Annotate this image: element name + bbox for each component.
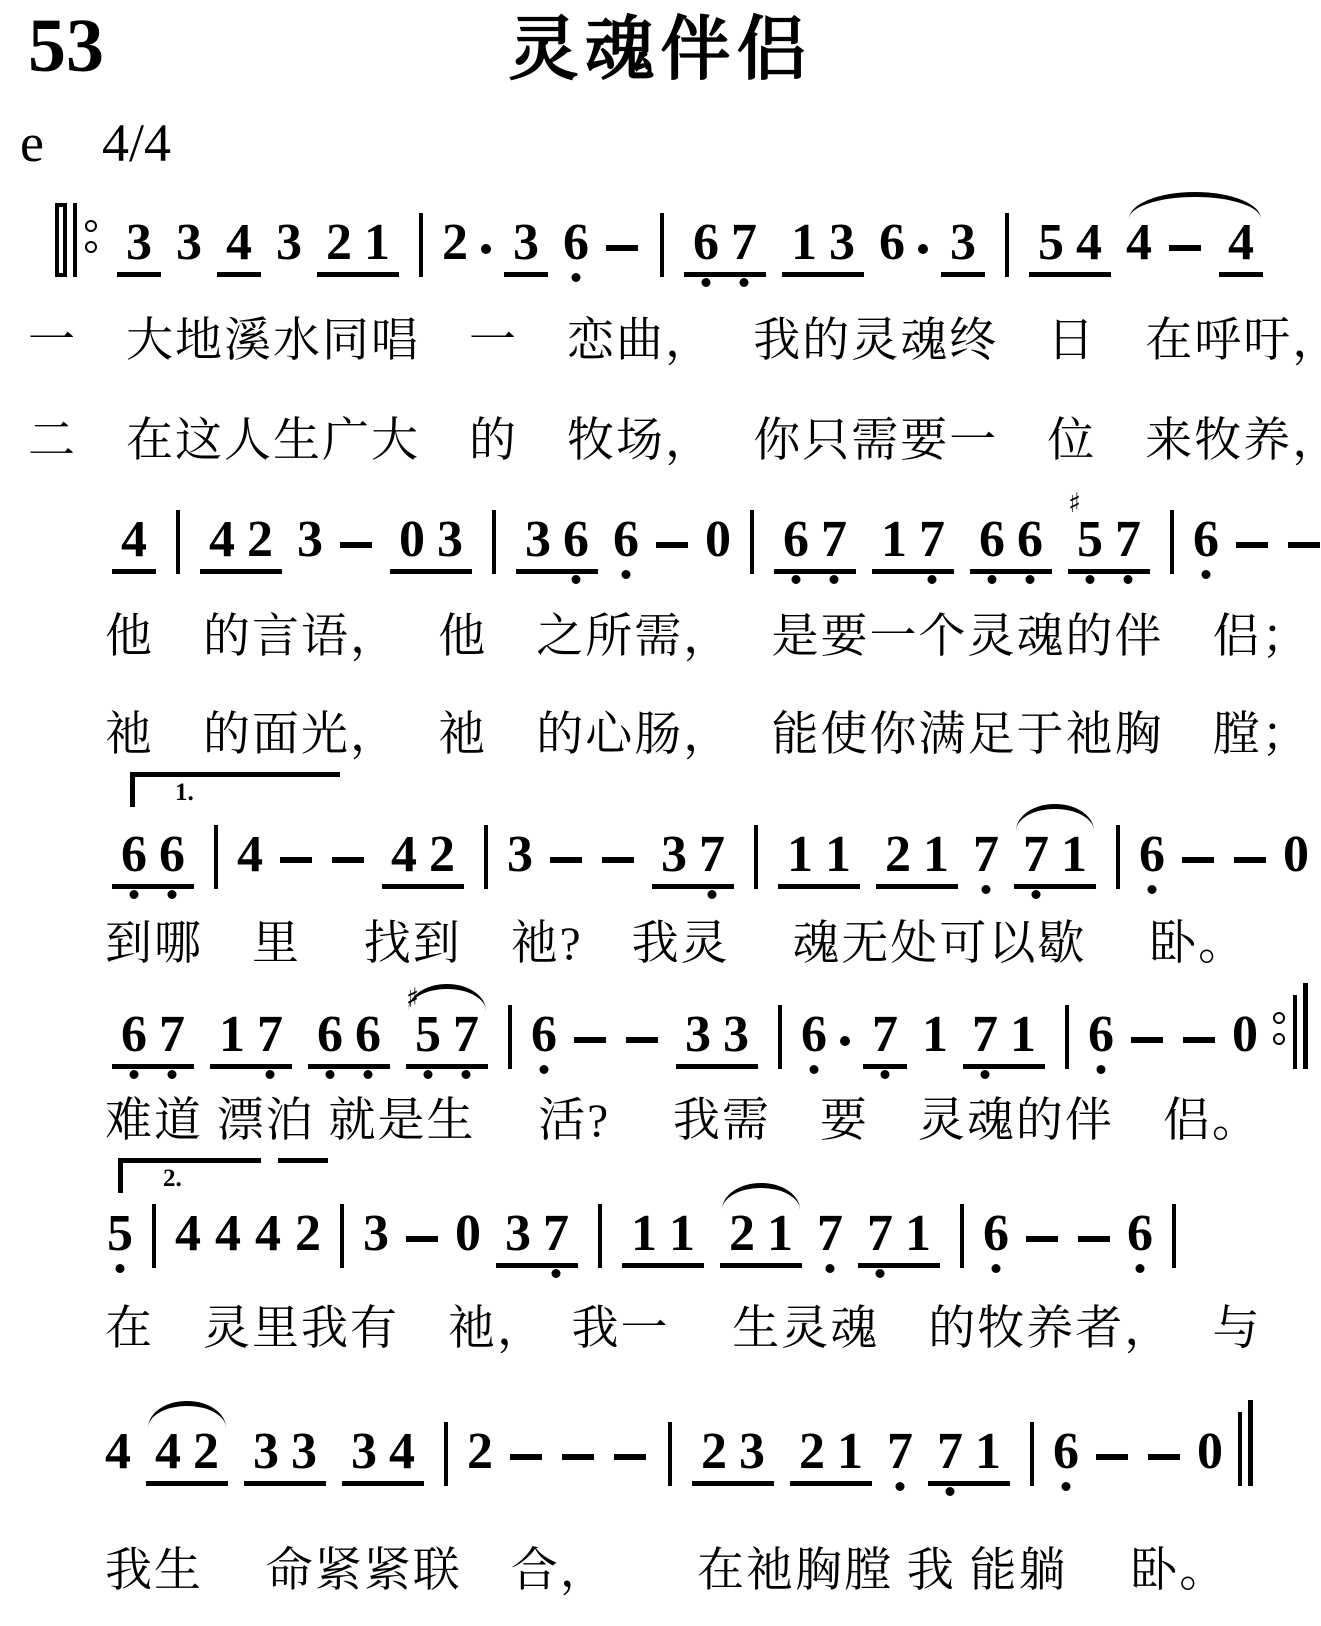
note-4: 4 bbox=[391, 829, 417, 881]
duration-dash bbox=[550, 857, 582, 863]
note-6: 6 bbox=[563, 217, 589, 269]
note-7: 7 bbox=[817, 1208, 843, 1260]
note-1: 1 bbox=[1010, 1009, 1036, 1061]
note-7: 7 bbox=[972, 1009, 998, 1061]
note-3: 3 bbox=[437, 514, 463, 566]
eighth-note-beam: 67 bbox=[112, 1009, 194, 1069]
hymn-sheet-page: 53 灵魂伴侣 e 4/4 3343212366713635444 一 大地溪水… bbox=[0, 0, 1321, 1626]
duration-dash bbox=[656, 542, 688, 548]
eighth-note-beam: 4 bbox=[1219, 217, 1263, 277]
note-3: 3 bbox=[126, 217, 152, 269]
eighth-note-beam: 21 bbox=[790, 1426, 872, 1486]
note-6: 6 bbox=[355, 1009, 381, 1061]
tie-group: 21 bbox=[712, 1208, 810, 1268]
barline bbox=[1065, 1005, 1069, 1069]
lyric-line-5: 在 灵里我有 祂， 我一 生灵魂 的牧养者， 与 bbox=[105, 1300, 1262, 1359]
note-5: 5 bbox=[1038, 217, 1064, 269]
note-6: 6 bbox=[983, 1208, 1009, 1260]
barline bbox=[176, 510, 180, 574]
note-5: 5 bbox=[107, 1208, 133, 1260]
note-2: 2 bbox=[729, 1208, 755, 1260]
duration-dash bbox=[602, 857, 634, 863]
repeat-bar bbox=[1303, 983, 1308, 1069]
eighth-note-beam: 66 bbox=[308, 1009, 390, 1069]
barline bbox=[750, 510, 754, 574]
note-6: 6 bbox=[1017, 514, 1043, 566]
note-2: 2 bbox=[467, 1426, 493, 1478]
note-7: 7 bbox=[699, 829, 725, 881]
duration-dash bbox=[280, 857, 312, 863]
lyric-line-verse2-b: 祂 的面光， 祂 的心肠， 能使你满足于祂胸 膛； bbox=[105, 706, 1311, 765]
lyric-line-4: 难道 漂泊 就是生 活? 我需 要 灵魂的伴 侣。 bbox=[105, 1092, 1261, 1151]
note-7: 7 bbox=[159, 1009, 185, 1061]
notation-line-5: 544423037112177166 bbox=[100, 1194, 1188, 1268]
sharp-icon: ♯ bbox=[406, 985, 419, 1012]
hymn-title: 灵魂伴侣 bbox=[0, 16, 1321, 86]
barline bbox=[508, 1005, 512, 1069]
tie-group: 44 bbox=[1119, 217, 1271, 277]
repeat-start-sign bbox=[55, 203, 97, 277]
note-4: 4 bbox=[237, 829, 263, 881]
note-4: 4 bbox=[226, 217, 252, 269]
duration-dash bbox=[574, 1037, 606, 1043]
repeat-dot bbox=[85, 220, 97, 232]
note-1: 1 bbox=[364, 217, 390, 269]
duration-dash bbox=[606, 245, 638, 251]
barline bbox=[754, 825, 758, 889]
note-6: 6 bbox=[1127, 1208, 1153, 1260]
note-0: 0 bbox=[1232, 1009, 1258, 1061]
note-3: 3 bbox=[351, 1426, 377, 1478]
eighth-note-beam: 33 bbox=[676, 1009, 758, 1069]
repeat-bar bbox=[55, 203, 67, 277]
note-6: 6 bbox=[159, 829, 185, 881]
duration-dash bbox=[1236, 542, 1268, 548]
eighth-note-beam: 21 bbox=[317, 217, 399, 277]
note-4: 4 bbox=[105, 1426, 131, 1478]
note-6: 6 bbox=[783, 514, 809, 566]
tie-group: ♯57 bbox=[398, 1009, 496, 1069]
eighth-note-beam: 21 bbox=[876, 829, 958, 889]
eighth-note-beam: 37 bbox=[652, 829, 734, 889]
duration-dash bbox=[562, 1454, 594, 1460]
notation-line-2: 4423033660671766♯576 bbox=[104, 500, 1321, 574]
note-2: 2 bbox=[799, 1426, 825, 1478]
note-7: 7 bbox=[973, 829, 999, 881]
duration-dash bbox=[406, 1236, 438, 1242]
note-1: 1 bbox=[631, 1208, 657, 1260]
note-2: 2 bbox=[326, 217, 352, 269]
barline bbox=[492, 510, 496, 574]
eighth-note-beam: 54 bbox=[1029, 217, 1111, 277]
eighth-note-beam: 17 bbox=[872, 514, 954, 574]
eighth-note-beam: 66 bbox=[112, 829, 194, 889]
note-4: 4 bbox=[215, 1208, 241, 1260]
barline bbox=[960, 1204, 964, 1268]
note-0: 0 bbox=[705, 514, 731, 566]
repeat-dot bbox=[1273, 1012, 1285, 1024]
eighth-note-beam: 33 bbox=[244, 1426, 326, 1486]
repeat-dot bbox=[85, 241, 97, 253]
note-6: 6 bbox=[979, 514, 1005, 566]
eighth-note-beam: 7 bbox=[863, 1009, 907, 1069]
note-6: 6 bbox=[801, 1009, 827, 1061]
barline bbox=[340, 1204, 344, 1268]
duration-dash bbox=[1131, 1037, 1163, 1043]
note-6: 6 bbox=[121, 1009, 147, 1061]
note-1: 1 bbox=[669, 1208, 695, 1260]
note-4: 4 bbox=[255, 1208, 281, 1260]
second-ending-bracket: 2. bbox=[118, 1158, 261, 1193]
key-and-meter: e 4/4 bbox=[20, 116, 171, 170]
eighth-note-beam: 21 bbox=[720, 1208, 802, 1268]
eighth-note-beam: 71 bbox=[858, 1208, 940, 1268]
note-1: 1 bbox=[219, 1009, 245, 1061]
lyric-line-6: 我生 命紧紧联 合， 在祂胸膛 我 能躺 卧。 bbox=[105, 1542, 1228, 1601]
note-4: 4 bbox=[1076, 217, 1102, 269]
note-1: 1 bbox=[791, 217, 817, 269]
duration-dash bbox=[332, 857, 364, 863]
eighth-note-beam: 71 bbox=[963, 1009, 1045, 1069]
note-3: 3 bbox=[685, 1009, 711, 1061]
note-7: 7 bbox=[821, 514, 847, 566]
note-3: 3 bbox=[176, 217, 202, 269]
eighth-note-beam: 13 bbox=[782, 217, 864, 277]
note-6: 6 bbox=[1193, 514, 1219, 566]
eighth-note-beam: 23 bbox=[692, 1426, 774, 1486]
note-3: 3 bbox=[297, 514, 323, 566]
barline bbox=[419, 213, 423, 277]
repeat-bar bbox=[73, 203, 77, 277]
eighth-note-beam: 67 bbox=[684, 217, 766, 277]
duration-dash bbox=[626, 1037, 658, 1043]
tie-group: 71 bbox=[1006, 829, 1104, 889]
note-3: 3 bbox=[829, 217, 855, 269]
note-1: 1 bbox=[881, 514, 907, 566]
note-6: 6 bbox=[693, 217, 719, 269]
lyric-line-verse2-a: 二 在这人生广大 的 牧场， 你只需要一 位 来牧养， bbox=[28, 412, 1321, 471]
duration-dash bbox=[1148, 1454, 1180, 1460]
barline bbox=[778, 1005, 782, 1069]
barline bbox=[484, 825, 488, 889]
note-3: 3 bbox=[276, 217, 302, 269]
note-6: 6 bbox=[563, 514, 589, 566]
eighth-note-beam: 37 bbox=[496, 1208, 578, 1268]
note-1: 1 bbox=[923, 829, 949, 881]
note-7: 7 bbox=[919, 514, 945, 566]
repeat-dots bbox=[85, 220, 97, 253]
eighth-note-beam: 71 bbox=[1014, 829, 1096, 889]
note-2: 2 bbox=[193, 1426, 219, 1478]
eighth-note-beam: 17 bbox=[210, 1009, 292, 1069]
note-7: 7 bbox=[867, 1208, 893, 1260]
barline bbox=[152, 1204, 156, 1268]
barline bbox=[598, 1204, 602, 1268]
sharp-icon: ♯ bbox=[1068, 490, 1081, 517]
note-7: 7 bbox=[543, 1208, 569, 1260]
eighth-note-beam: 34 bbox=[342, 1426, 424, 1486]
note-7: 7 bbox=[453, 1009, 479, 1061]
duration-dash bbox=[1026, 1236, 1058, 1242]
duration-dash bbox=[340, 542, 372, 548]
notation-line-1: 3343212366713635444 bbox=[55, 203, 1271, 277]
note-3: 3 bbox=[291, 1426, 317, 1478]
note-7: 7 bbox=[1115, 514, 1141, 566]
note-5: ♯5 bbox=[1077, 514, 1103, 566]
note-7: 7 bbox=[257, 1009, 283, 1061]
note-6: 6 bbox=[613, 514, 639, 566]
barline bbox=[1005, 213, 1009, 277]
barline bbox=[1170, 510, 1174, 574]
note-1: 1 bbox=[767, 1208, 793, 1260]
key-signature: e bbox=[20, 116, 44, 170]
barline bbox=[1116, 825, 1120, 889]
time-signature: 4/4 bbox=[102, 116, 171, 170]
eighth-note-beam: 67 bbox=[774, 514, 856, 574]
barline bbox=[1172, 1204, 1176, 1268]
barline bbox=[444, 1422, 448, 1486]
barline bbox=[668, 1422, 672, 1486]
repeat-dots bbox=[1273, 1012, 1285, 1045]
note-7: 7 bbox=[872, 1009, 898, 1061]
note-4: 4 bbox=[1228, 217, 1254, 269]
note-2: 2 bbox=[885, 829, 911, 881]
duration-dash bbox=[1096, 1454, 1128, 1460]
note-2: 2 bbox=[442, 217, 468, 269]
eighth-note-beam: 3 bbox=[504, 217, 548, 277]
barline bbox=[660, 213, 664, 277]
note-3: 3 bbox=[253, 1426, 279, 1478]
note-3: 3 bbox=[661, 829, 687, 881]
note-4: 4 bbox=[155, 1426, 181, 1478]
note-4: 4 bbox=[1126, 217, 1152, 269]
note-3: 3 bbox=[363, 1208, 389, 1260]
note-1: 1 bbox=[922, 1009, 948, 1061]
note-2: 2 bbox=[701, 1426, 727, 1478]
second-ending-bracket-segment bbox=[278, 1158, 328, 1163]
duration-dash bbox=[1234, 857, 1266, 863]
eighth-note-beam: ♯57 bbox=[406, 1009, 488, 1069]
duration-dash bbox=[1182, 857, 1214, 863]
note-6: 6 bbox=[317, 1009, 343, 1061]
eighth-note-beam: 03 bbox=[390, 514, 472, 574]
note-2: 2 bbox=[247, 514, 273, 566]
barline bbox=[1030, 1422, 1034, 1486]
note-6: 6 bbox=[531, 1009, 557, 1061]
tie-group: 42 bbox=[138, 1426, 236, 1486]
duration-dash bbox=[1288, 542, 1320, 548]
note-3: 3 bbox=[525, 514, 551, 566]
eighth-note-beam: 4 bbox=[112, 514, 156, 574]
note-4: 4 bbox=[121, 514, 147, 566]
eighth-note-beam: 42 bbox=[382, 829, 464, 889]
note-7: 7 bbox=[1023, 829, 1049, 881]
note-4: 4 bbox=[175, 1208, 201, 1260]
note-4: 4 bbox=[389, 1426, 415, 1478]
lyric-line-verse1-a: 一 大地溪水同唱 一 恋曲， 我的灵魂终 日 在呼吁， bbox=[28, 312, 1321, 371]
notation-line-3: 66442337112177160 bbox=[104, 815, 1321, 889]
repeat-dot bbox=[1273, 1033, 1285, 1045]
final-bar bbox=[1238, 1412, 1242, 1486]
duration-dash bbox=[1169, 245, 1201, 251]
eighth-note-beam: 66 bbox=[970, 514, 1052, 574]
note-1: 1 bbox=[1061, 829, 1087, 881]
note-6: 6 bbox=[1139, 829, 1165, 881]
duration-dash bbox=[1183, 1037, 1215, 1043]
note-6: 6 bbox=[1053, 1426, 1079, 1478]
note-3: 3 bbox=[739, 1426, 765, 1478]
note-6: 6 bbox=[1088, 1009, 1114, 1061]
repeat-end-sign bbox=[1273, 983, 1308, 1069]
eighth-note-beam: 11 bbox=[622, 1208, 704, 1268]
note-1: 1 bbox=[787, 829, 813, 881]
note-3: 3 bbox=[513, 217, 539, 269]
eighth-note-beam: 42 bbox=[200, 514, 282, 574]
duration-dash bbox=[510, 1454, 542, 1460]
note-1: 1 bbox=[825, 829, 851, 881]
note-6: 6 bbox=[879, 217, 905, 269]
eighth-note-beam: 71 bbox=[928, 1426, 1010, 1486]
final-bar bbox=[1248, 1400, 1253, 1486]
first-ending-label: 1. bbox=[175, 780, 194, 805]
note-2: 2 bbox=[429, 829, 455, 881]
note-1: 1 bbox=[975, 1426, 1001, 1478]
eighth-note-beam: ♯57 bbox=[1068, 514, 1150, 574]
note-3: 3 bbox=[723, 1009, 749, 1061]
note-3: 3 bbox=[505, 1208, 531, 1260]
note-1: 1 bbox=[905, 1208, 931, 1260]
note-7: 7 bbox=[731, 217, 757, 269]
eighth-note-beam: 36 bbox=[516, 514, 598, 574]
eighth-note-beam: 3 bbox=[941, 217, 985, 277]
final-barline bbox=[1238, 1400, 1253, 1486]
notation-line-4: 671766♯576336717160 bbox=[104, 995, 1308, 1069]
lyric-line-3: 到哪 里 找到 祂? 我灵 魂无处可以歇 卧。 bbox=[105, 915, 1247, 974]
note-6: 6 bbox=[121, 829, 147, 881]
notation-line-6: 44233342232177160 bbox=[98, 1412, 1253, 1486]
note-3: 3 bbox=[950, 217, 976, 269]
note-3: 3 bbox=[507, 829, 533, 881]
repeat-bar bbox=[1293, 995, 1297, 1069]
note-2: 2 bbox=[295, 1208, 321, 1260]
lyric-line-verse1-b: 他 的言语， 他 之所需， 是要一个灵魂的伴 侣； bbox=[105, 608, 1311, 667]
first-ending-bracket: 1. bbox=[130, 772, 340, 807]
note-5: ♯5 bbox=[415, 1009, 441, 1061]
note-4: 4 bbox=[209, 514, 235, 566]
eighth-note-beam: 42 bbox=[146, 1426, 228, 1486]
eighth-note-beam: 3 bbox=[117, 217, 161, 277]
note-0: 0 bbox=[1283, 829, 1309, 881]
eighth-note-beam: 11 bbox=[778, 829, 860, 889]
note-7: 7 bbox=[887, 1426, 913, 1478]
duration-dash bbox=[1078, 1236, 1110, 1242]
note-0: 0 bbox=[455, 1208, 481, 1260]
note-7: 7 bbox=[937, 1426, 963, 1478]
second-ending-label: 2. bbox=[163, 1166, 182, 1191]
note-0: 0 bbox=[399, 514, 425, 566]
eighth-note-beam: 4 bbox=[217, 217, 261, 277]
barline bbox=[214, 825, 218, 889]
note-0: 0 bbox=[1197, 1426, 1223, 1478]
note-1: 1 bbox=[837, 1426, 863, 1478]
duration-dash bbox=[614, 1454, 646, 1460]
